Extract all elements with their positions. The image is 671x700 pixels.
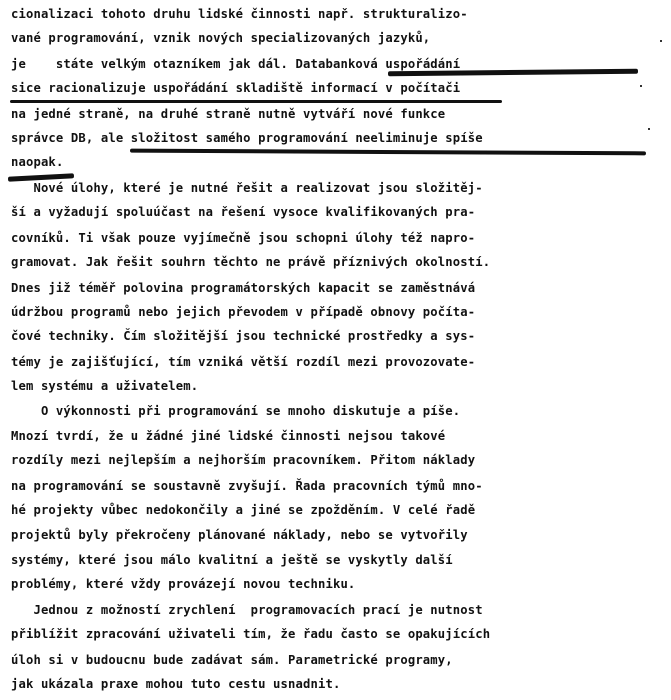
line-text: údržbou programů nebo jejich převodem v … — [11, 305, 475, 319]
marker-underline-2 — [10, 100, 502, 103]
underlined-passage: naopak — [11, 155, 56, 169]
scan-speck — [648, 128, 650, 130]
text-line: úloh si v budoucnu bude zadávat sám. Par… — [11, 650, 453, 670]
line-text: úloh si v budoucnu bude zadávat sám. Par… — [11, 653, 453, 667]
text-line: sice racionalizuje uspořádání skladiště … — [11, 78, 460, 98]
line-text: v počítači — [378, 81, 460, 95]
text-line: covníků. Ti však pouze vyjímečně jsou sc… — [11, 228, 475, 248]
text-line: cionalizaci tohoto druhu lidské činnosti… — [11, 4, 468, 24]
scan-speck — [640, 85, 642, 87]
underlined-passage: sice racionalizuje uspořádání skladiště … — [11, 81, 378, 95]
line-text: problémy, které vždy provázejí novou tec… — [11, 577, 355, 591]
text-line: ší a vyžadují spoluúčast na řešení vysoc… — [11, 202, 475, 222]
text-line: lem systému a uživatelem. — [11, 376, 198, 396]
text-line: gramovat. Jak řešit souhrn těchto ne prá… — [11, 252, 490, 272]
line-text: systémy, které jsou málo kvalitní a ješt… — [11, 553, 453, 567]
line-text: na jedné straně, na druhé straně nutně v… — [11, 107, 445, 121]
line-text: cionalizaci tohoto druhu lidské činnosti… — [11, 7, 468, 21]
text-line: naopak. — [11, 152, 63, 172]
text-line: přiblížit zpracování uživateli tím, že ř… — [11, 624, 490, 644]
line-text: jak ukázala praxe mohou tuto cestu usnad… — [11, 677, 340, 691]
marker-underline-3 — [130, 149, 646, 156]
line-text: témy je zajišťující, tím vzniká větší ro… — [11, 355, 475, 369]
text-line: Nové úlohy, které je nutné řešit a reali… — [11, 178, 483, 198]
text-line: na jedné straně, na druhé straně nutně v… — [11, 104, 445, 124]
text-line: rozdíly mezi nejlepším a nejhorším praco… — [11, 450, 475, 470]
text-line: správce DB, ale složitost samého program… — [11, 128, 483, 148]
line-text: O výkonnosti při programování se mnoho d… — [11, 404, 460, 418]
line-text: hé projekty vůbec nedokončily a jiné se … — [11, 503, 475, 517]
text-line: systémy, které jsou málo kvalitní a ješt… — [11, 550, 453, 570]
line-text: covníků. Ti však pouze vyjímečně jsou sc… — [11, 231, 475, 245]
text-line: vané programování, vznik nových speciali… — [11, 28, 430, 48]
text-line: Jednou z možností zrychlení programovací… — [11, 600, 483, 620]
text-line: projektů byly překročeny plánované nákla… — [11, 525, 468, 545]
line-text: čové techniky. Čím složitější jsou techn… — [11, 329, 475, 343]
line-text: je státe velkým otazníkem jak dál. — [11, 57, 296, 71]
scan-speck — [660, 40, 662, 42]
line-text: projektů byly překročeny plánované nákla… — [11, 528, 468, 542]
line-text: správce DB, — [11, 131, 101, 145]
text-line: témy je zajišťující, tím vzniká větší ro… — [11, 352, 475, 372]
line-text: přiblížit zpracování uživateli tím, že ř… — [11, 627, 490, 641]
text-line: O výkonnosti při programování se mnoho d… — [11, 401, 460, 421]
scanned-typewritten-page: cionalizaci tohoto druhu lidské činnosti… — [0, 0, 671, 700]
line-text: ší a vyžadují spoluúčast na řešení vysoc… — [11, 205, 475, 219]
line-text: Dnes již téměř polovina programátorských… — [11, 281, 475, 295]
text-line: problémy, které vždy provázejí novou tec… — [11, 574, 355, 594]
text-line: Mnozí tvrdí, že u žádné jiné lidské činn… — [11, 426, 445, 446]
text-line: jak ukázala praxe mohou tuto cestu usnad… — [11, 674, 340, 694]
line-text: Mnozí tvrdí, že u žádné jiné lidské činn… — [11, 429, 445, 443]
underlined-passage: Databanková uspořádání — [296, 57, 461, 71]
text-line: na programování se soustavně zvyšují. Řa… — [11, 476, 483, 496]
line-text: rozdíly mezi nejlepším a nejhorším praco… — [11, 453, 475, 467]
text-line: hé projekty vůbec nedokončily a jiné se … — [11, 500, 475, 520]
line-text: lem systému a uživatelem. — [11, 379, 198, 393]
text-line: čové techniky. Čím složitější jsou techn… — [11, 326, 475, 346]
line-text: Nové úlohy, které je nutné řešit a reali… — [11, 181, 483, 195]
text-line: údržbou programů nebo jejich převodem v … — [11, 302, 475, 322]
line-text: gramovat. Jak řešit souhrn těchto ne prá… — [11, 255, 490, 269]
line-text: vané programování, vznik nových speciali… — [11, 31, 430, 45]
line-text: . — [56, 155, 64, 169]
text-line: Dnes již téměř polovina programátorských… — [11, 278, 475, 298]
underlined-passage: ale složitost samého programování neelim… — [101, 131, 483, 145]
line-text: na programování se soustavně zvyšují. Řa… — [11, 479, 483, 493]
line-text: Jednou z možností zrychlení programovací… — [11, 603, 483, 617]
